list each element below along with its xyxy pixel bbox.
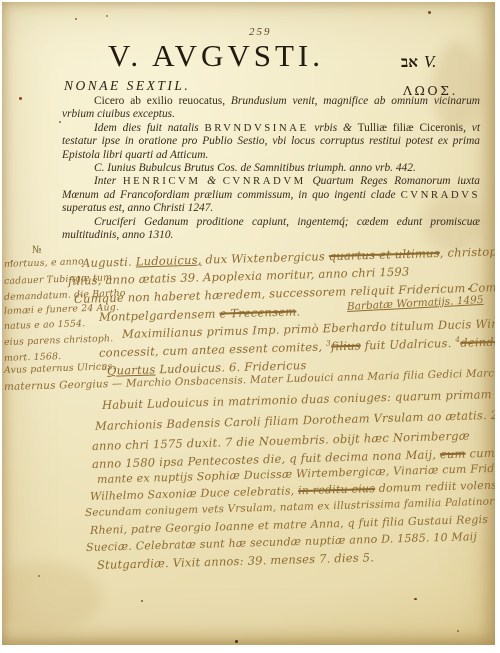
text-segment: , christoph. — [440, 244, 495, 260]
text-segment: cum — [465, 446, 495, 461]
scanned-book-page: 259 V. AVGVSTI. אבV. NONAE SEXTIL. ΛΩΟΣ.… — [0, 0, 500, 653]
text-segment: quartus et ultimus — [329, 246, 440, 263]
manuscript-line: Montpelgardensem e Trecensem. — [99, 304, 301, 324]
manuscript-line: Stutgardiæ. Vixit annos: 39. menses 7. d… — [97, 550, 374, 572]
text-segment: Augusti. — [82, 255, 136, 270]
text-segment: filius — [331, 339, 361, 354]
text-segment: . — [296, 304, 300, 318]
text-segment: e Trecensem — [219, 304, 296, 320]
text-segment: Quartus — [107, 362, 156, 377]
manuscript-line: Habuit Ludouicus in matrimonio duas coni… — [102, 386, 495, 412]
text-segment: Wilhelmo Saxoniæ Duce celebratis, — [90, 484, 298, 503]
nota-bene-mark: № — [32, 245, 42, 256]
margin-note: natus e ao 1554. — [4, 318, 86, 332]
text-segment: eum — [440, 447, 466, 462]
page-paper: 259 V. AVGVSTI. אבV. NONAE SEXTIL. ΛΩΟΣ.… — [2, 2, 495, 645]
text-segment: deinde — [460, 335, 495, 350]
margin-note: mortuus, e anno — [4, 256, 84, 270]
margin-note: mort. 1568. — [4, 351, 62, 364]
text-segment: Stutgardiæ. Vixit annos: 39. menses 7. d… — [97, 550, 374, 572]
text-segment: Montpelgardensem — [99, 307, 220, 324]
text-segment: fuit Udalricus. — [361, 336, 456, 353]
margin-note: eius parens christoph. — [4, 333, 114, 348]
text-segment: Ludouicus, — [136, 253, 202, 269]
text-segment: domum rediit volens — [375, 479, 495, 495]
text-segment: dux Wixtenbergicus — [201, 249, 329, 267]
manuscript-annotations: № mortuus, e anno cadauer Tubingæ tum de… — [2, 2, 495, 645]
text-segment: in reditu eius — [298, 482, 375, 497]
text-segment: Habuit Ludouicus in matrimonio duas coni… — [102, 386, 495, 412]
manuscript-line: Augusti. Ludouicus, dux Wixtenbergicus q… — [82, 244, 495, 270]
